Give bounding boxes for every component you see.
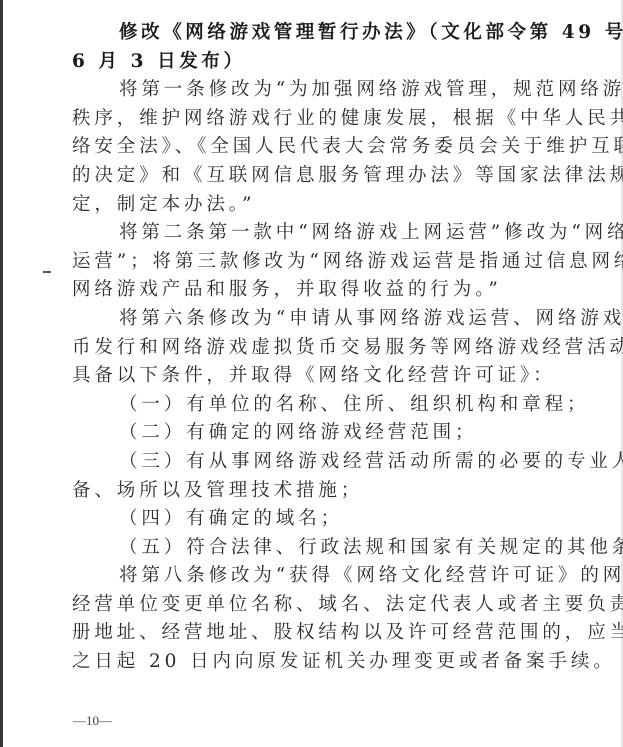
paragraph-article-8: 将第八条修改为“获得《网络文化经营许可证》的网络游戏 经营单位变更单位名称、域名… — [72, 562, 538, 676]
paragraph-article-1: 将第一条修改为“为加强网络游戏管理，规范网络游戏经营 秩序，维护网络游戏行业的健… — [72, 76, 538, 219]
text-line: 币发行和网络游戏虚拟货币交易服务等网络游戏经营活动，应当 — [72, 334, 538, 363]
condition-item-5: （五）符合法律、行政法规和国家有关规定的其他条件。” — [72, 534, 538, 563]
document-page: 修改《网络游戏管理暂行办法》（文化部令第 49 号，2010 年 6 月 3 日… — [72, 19, 538, 677]
condition-item-4: （四）有确定的域名； — [72, 505, 538, 534]
text-line: 的决定》和《互联网信息服务管理办法》等国家法律法规有关规 — [72, 162, 538, 191]
document-title-line-1: 修改《网络游戏管理暂行办法》（文化部令第 49 号，2010 年 — [72, 19, 538, 48]
text-line: 秩序，维护网络游戏行业的健康发展，根据《中华人民共和国网 — [72, 105, 538, 134]
text-line: 册地址、经营地址、股权结构以及许可经营范围的，应当自变更 — [72, 619, 538, 648]
scan-left-edge — [0, 0, 3, 747]
text-line: 将第六条修改为“申请从事网络游戏运营、网络游戏虚拟货 — [72, 305, 538, 334]
text-line: 运营”；将第三款修改为“网络游戏运营是指通过信息网络提供 — [72, 248, 538, 277]
text-line: 具备以下条件，并取得《网络文化经营许可证》： — [72, 362, 538, 391]
page-number: —10— — [73, 713, 112, 729]
text-line: 经营单位变更单位名称、域名、法定代表人或者主要负责人、注 — [72, 591, 538, 620]
condition-item-3: （三）有从事网络游戏经营活动所需的必要的专业人员、设 — [72, 448, 538, 477]
condition-item-2: （二）有确定的网络游戏经营范围； — [72, 419, 538, 448]
text-line: 将第八条修改为“获得《网络文化经营许可证》的网络游戏 — [72, 562, 538, 591]
text-line: 定，制定本办法。” — [72, 191, 538, 220]
text-line: 将第二条第一款中“网络游戏上网运营”修改为“网络游戏 — [72, 219, 538, 248]
text-line: 将第一条修改为“为加强网络游戏管理，规范网络游戏经营 — [72, 76, 538, 105]
condition-item-1: （一）有单位的名称、住所、组织机构和章程； — [72, 391, 538, 420]
margin-mark — [43, 271, 51, 273]
condition-item-3-continued: 备、场所以及管理技术措施； — [72, 477, 538, 506]
paragraph-article-6: 将第六条修改为“申请从事网络游戏运营、网络游戏虚拟货 币发行和网络游戏虚拟货币交… — [72, 305, 538, 391]
text-line: 网络游戏产品和服务，并取得收益的行为。” — [72, 276, 538, 305]
text-line: 之日起 20 日内向原发证机关办理变更或者备案手续。 — [72, 648, 538, 677]
conditions-list: （一）有单位的名称、住所、组织机构和章程； （二）有确定的网络游戏经营范围； （… — [72, 391, 538, 563]
text-line: 络安全法》、《全国人民代表大会常务委员会关于维护互联网安全 — [72, 133, 538, 162]
paragraph-article-2: 将第二条第一款中“网络游戏上网运营”修改为“网络游戏 运营”；将第三款修改为“网… — [72, 219, 538, 305]
document-title-line-2: 6 月 3 日发布） — [72, 48, 538, 77]
